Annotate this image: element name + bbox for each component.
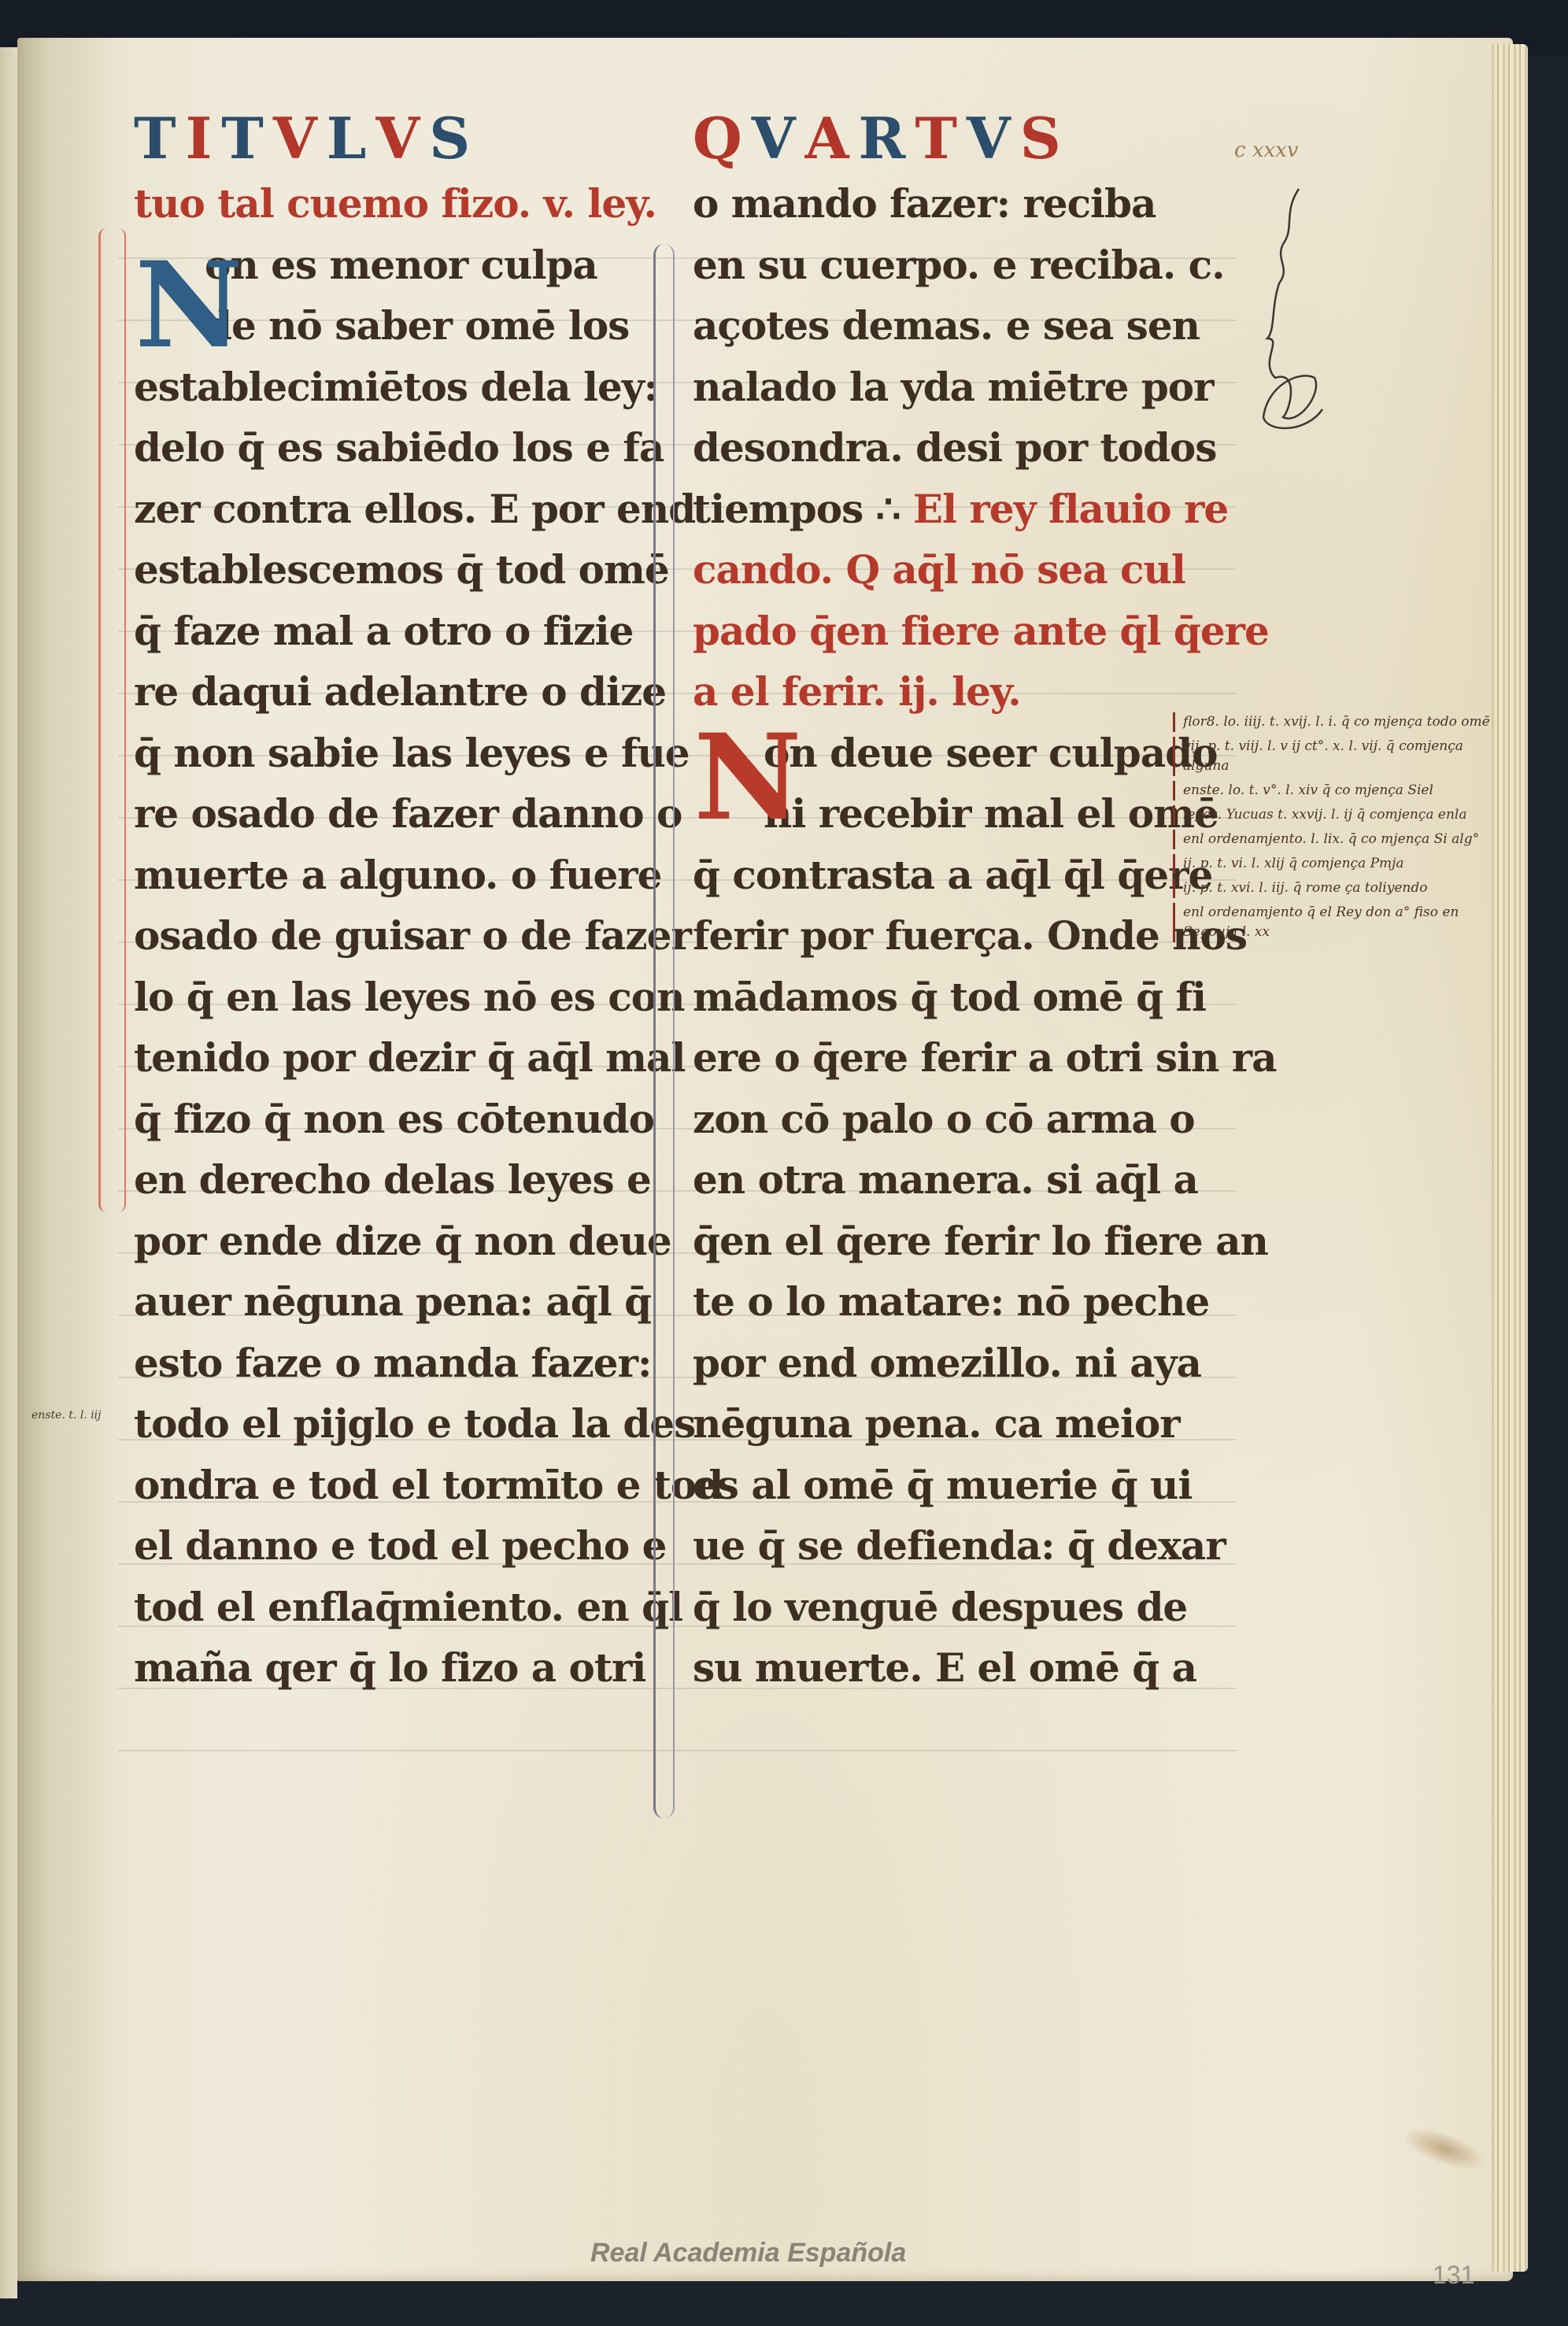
text-line: esto faze o manda fazer: (134, 1333, 606, 1394)
margin-note: ij. p. t. vi. l. xlij q̄ comjença Pmja (1173, 854, 1511, 874)
text-line: muerte a alguno. o fuere (134, 845, 606, 906)
rubric-fragment: El rey flauio re (913, 486, 1228, 532)
facing-page-edge (0, 47, 17, 2298)
text-line: establescemos q̄ tod omē (134, 539, 606, 601)
title-letter: V (273, 105, 322, 172)
margin-note: vij. p. t. viij. l. v ij ct°. x. l. vij.… (1173, 737, 1511, 776)
text-line: o mando fazer: reciba (693, 173, 1189, 235)
margin-note: ij. p. t. xvi. l. iij. q̄ rome ça toliye… (1173, 878, 1511, 898)
text-line: zon cō palo o cō arma o (693, 1089, 1189, 1150)
title-quartus: Q V A R T V S (693, 102, 1189, 173)
text-line: tod el enflaq̄miento. en q̄l (134, 1577, 606, 1638)
title-titulus: T I T V L V S (134, 102, 606, 173)
text-line: por end omezillo. ni aya (693, 1333, 1189, 1394)
right-column: Q V A R T V S o mando fazer: reciba en s… (693, 102, 1189, 1699)
marginal-annotations: flor8. lo. iiij. t. xvij. l. i. q̄ co mj… (1173, 712, 1511, 947)
page-block-edges (1492, 44, 1528, 2272)
title-letter: I (186, 105, 217, 172)
signature-flourish-icon (1252, 181, 1338, 441)
text-line: re osado de fazer danno o (134, 783, 606, 845)
penwork-border-red (98, 228, 126, 1212)
illuminated-initial: N (689, 716, 807, 838)
text-line: q̄ non sabie las leyes e fue (134, 723, 606, 784)
folio-mark: c xxxv (1234, 139, 1299, 162)
title-letter: Q (693, 105, 747, 172)
text-line: q̄ fizo q̄ non es cōtenudo (134, 1089, 606, 1150)
folio-number: 131 (1433, 2261, 1474, 2290)
margin-note: flor8. lo. iiij. t. xvij. l. i. q̄ co mj… (1173, 712, 1511, 732)
text-line: zer contra ellos. E por end (134, 479, 606, 540)
text-line: q̄en el q̄ere ferir lo fiere an (693, 1211, 1189, 1272)
penwork-border-violet (653, 244, 675, 1818)
title-letter: S (1020, 105, 1066, 172)
text-line: en derecho delas leyes e (134, 1149, 606, 1211)
text-line: osado de guisar o de fazer (134, 905, 606, 967)
margin-note: enl ordenamjento q̄ el Rey don a° fiso e… (1173, 903, 1511, 942)
text-line: auer nēguna pena: aq̄l q̄ (134, 1271, 606, 1333)
text-line: te o lo matare: nō peche (693, 1271, 1189, 1333)
text-line: lo q̄ en las leyes nō es con (134, 967, 606, 1028)
text-line: maña qer q̄ lo fizo a otri (134, 1637, 606, 1699)
text-line: ondra e tod el tormīto e tod (134, 1455, 606, 1516)
text-line: açotes demas. e sea sen (693, 295, 1189, 357)
text-line: q̄ contrasta a aq̄l q̄l q̄ere (693, 845, 1189, 906)
text-fragment: tiempos ∴ (693, 486, 900, 532)
title-letter: A (805, 105, 854, 172)
rubric-line: tuo tal cuemo fizo. v. ley. (134, 173, 606, 235)
rubric-line: pado q̄en fiere ante q̄l q̄ere (693, 601, 1189, 662)
text-line: tenido por dezir q̄ aq̄l mal (134, 1027, 606, 1089)
title-letter: L (327, 105, 372, 172)
text-line-mixed: tiempos ∴ El rey flauio re (693, 479, 1189, 540)
text-line: ue q̄ se defienda: q̄ dexar (693, 1515, 1189, 1577)
title-letter: T (221, 105, 268, 172)
text-line: todo el pijglo e toda la des (134, 1393, 606, 1455)
title-letter: V (752, 105, 801, 172)
title-letter: T (915, 105, 962, 172)
text-line: por ende dize q̄ non deue (134, 1211, 606, 1272)
text-line: mādamos q̄ tod omē q̄ fi (693, 967, 1189, 1028)
title-letter: V (375, 105, 424, 172)
title-letter: V (967, 105, 1015, 172)
text-line: re daqui adelantre o dize (134, 661, 606, 723)
illuminated-initial: N (130, 244, 248, 366)
margin-note: leyes. Yucuas t. xxvij. l. ij q̄ comjenç… (1173, 805, 1511, 825)
text-line: nēguna pena. ca meior (693, 1393, 1189, 1455)
text-line: delo q̄ es sabiēdo los e fa (134, 417, 606, 479)
text-line: desondra. desi por todos (693, 417, 1189, 479)
rubric-line: cando. Q aq̄l nō sea cul (693, 539, 1189, 601)
text-line: el danno e tod el pecho e (134, 1515, 606, 1577)
margin-note: enste. lo. t. v°. l. xiv q̄ co mjença Si… (1173, 781, 1511, 801)
text-line: en otra manera. si aq̄l a (693, 1149, 1189, 1211)
title-letter: T (134, 105, 181, 172)
text-line: nalado la yda miētre por (693, 357, 1189, 418)
margin-note: enl ordenamjento. l. lix. q̄ co mjença S… (1173, 830, 1511, 849)
text-line: en su cuerpo. e reciba. c. (693, 235, 1189, 296)
text-line: su muerte. E el omē q̄ a (693, 1637, 1189, 1699)
margin-note-left: enste. t. l. iij (31, 1409, 102, 1422)
text-line: ere o q̄ere ferir a otri sin ra (693, 1027, 1189, 1089)
text-line: ferir por fuerça. Onde nos (693, 905, 1189, 967)
left-column: T I T V L V S tuo tal cuemo fizo. v. ley… (134, 102, 606, 1699)
watermark: Real Academia Española (590, 2238, 906, 2269)
title-letter: S (429, 105, 475, 172)
text-line: q̄ lo venguē despues de (693, 1577, 1189, 1638)
text-line: es al omē q̄ muerie q̄ ui (693, 1455, 1189, 1516)
title-letter: R (858, 105, 910, 172)
text-line: q̄ faze mal a otro o fizie (134, 601, 606, 662)
